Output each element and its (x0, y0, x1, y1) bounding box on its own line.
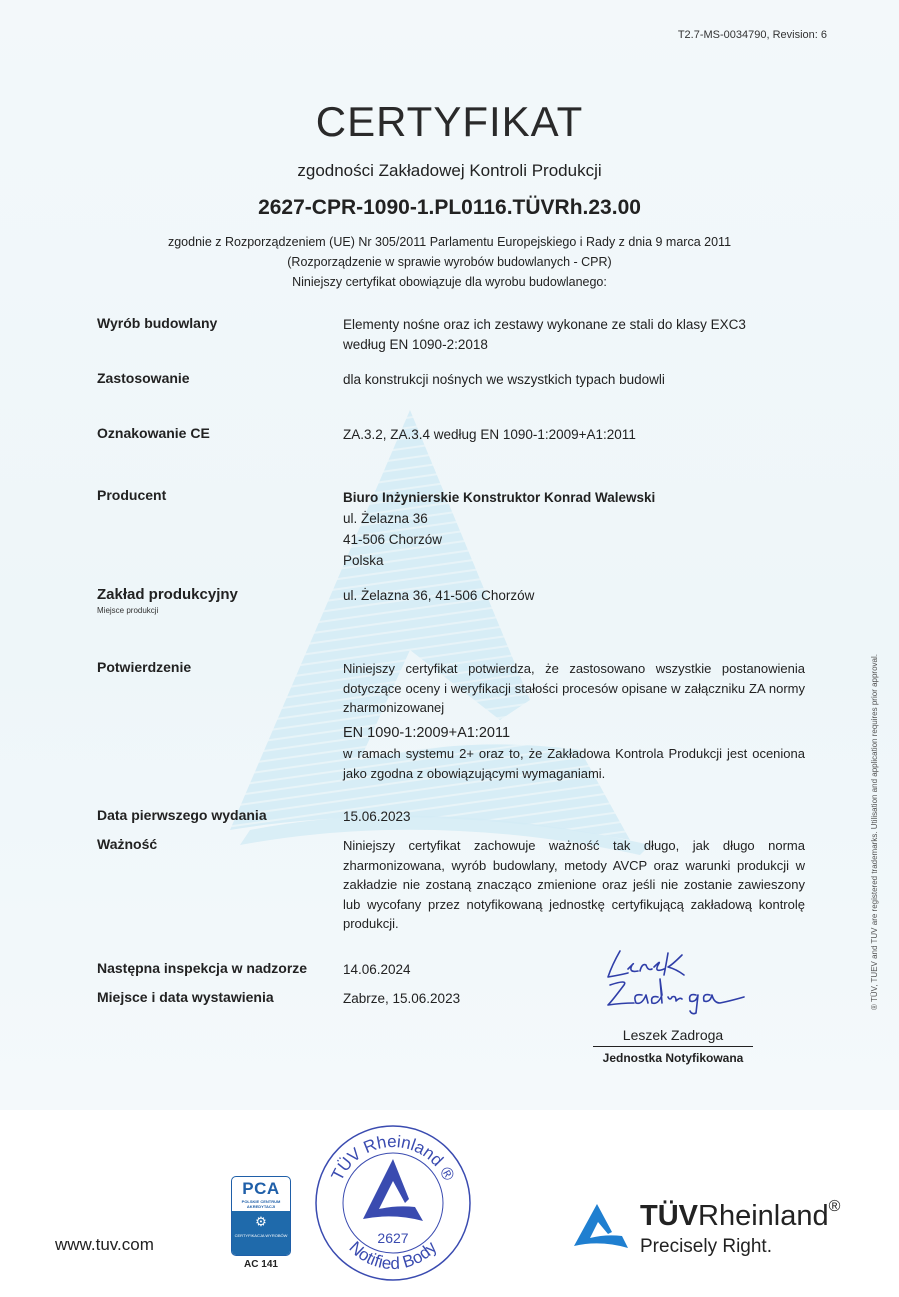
manufacturer-name: Biuro Inżynierskie Konstruktor Konrad Wa… (343, 487, 805, 508)
legal-line: (Rozporządzenie w sprawie wyrobów budowl… (0, 252, 899, 272)
field-value: dla konstrukcji nośnych we wszystkich ty… (343, 370, 805, 390)
certificate-title: CERTYFIKAT (0, 98, 899, 146)
notified-body-seal-icon: TÜV Rheinland ® Notified Body 2627 (313, 1123, 473, 1283)
field-label: Oznakowanie CE (97, 425, 210, 441)
brand-bold: TÜV (640, 1200, 698, 1232)
website-link[interactable]: www.tuv.com (55, 1235, 154, 1255)
pca-scope: CERTYFIKACJA WYROBÓW (232, 1233, 290, 1238)
field-value: ul. Żelazna 36, 41-506 Chorzów (343, 586, 805, 606)
tuv-triangle-watermark-icon (110, 400, 670, 860)
field-value: Elementy nośne oraz ich zestawy wykonane… (343, 315, 805, 355)
document-reference: T2.7-MS-0034790, Revision: 6 (678, 29, 827, 41)
trademark-note: ® TÜV, TUEV and TUV are registered trade… (870, 610, 879, 1010)
field-label: Zastosowanie (97, 370, 190, 386)
tuv-triangle-icon (572, 1202, 630, 1250)
tuv-brand-name: TÜVRheinland® (640, 1200, 840, 1233)
brand-regular: Rheinland (698, 1200, 829, 1232)
field-label: Następna inspekcja w nadzorze (97, 960, 307, 976)
field-label: Ważność (97, 836, 157, 852)
signer-name: Leszek Zadroga (593, 1027, 753, 1047)
gears-icon: ⚙ (232, 1211, 290, 1233)
tuv-rheinland-logo: TÜVRheinland® Precisely Right. (572, 1194, 872, 1264)
legal-line: Niniejszy certyfikat obowiązuje dla wyro… (0, 272, 899, 292)
legal-basis: zgodnie z Rozporządzeniem (UE) Nr 305/20… (0, 232, 899, 292)
pca-accreditation-code: AC 141 (231, 1259, 291, 1270)
field-label: Producent (97, 487, 166, 503)
confirmation-text: w ramach systemu 2+ oraz to, że Zakładow… (343, 744, 805, 783)
pca-subtitle: POLSKIE CENTRUM AKREDYTACJI (232, 1199, 290, 1209)
field-label: Miejsce i data wystawienia (97, 989, 274, 1005)
value-line: ul. Żelazna 36 (343, 508, 805, 529)
value-line: Polska (343, 550, 805, 571)
value-line: Elementy nośne oraz ich zestawy wykonane… (343, 315, 805, 335)
registered-mark: ® (829, 1198, 841, 1215)
field-label: Data pierwszego wydania (97, 807, 267, 823)
field-sublabel: Miejsce produkcji (97, 606, 158, 615)
value-line: dla konstrukcji nośnych we wszystkich ty… (343, 370, 805, 390)
value-line: według EN 1090-2:2018 (343, 335, 805, 355)
value-line: ul. Żelazna 36, 41-506 Chorzów (343, 586, 805, 606)
certificate-number: 2627-CPR-1090-1.PL0116.TÜVRh.23.00 (0, 196, 899, 220)
harmonized-standard: EN 1090-1:2009+A1:2011 (343, 724, 805, 744)
field-value: Biuro Inżynierskie Konstruktor Konrad Wa… (343, 487, 805, 571)
value-line: 41-506 Chorzów (343, 529, 805, 550)
confirmation-text: Niniejszy certyfikat potwierdza, że zast… (343, 659, 805, 718)
tuv-tagline: Precisely Right. (640, 1236, 772, 1258)
handwritten-signature (598, 945, 748, 1015)
field-label: Potwierdzenie (97, 659, 191, 675)
field-value: ZA.3.2, ZA.3.4 według EN 1090-1:2009+A1:… (343, 425, 805, 445)
field-value: 15.06.2023 (343, 807, 805, 827)
certificate-subtitle: zgodności Zakładowej Kontroli Produkcji (0, 161, 899, 181)
value-line: ZA.3.2, ZA.3.4 według EN 1090-1:2009+A1:… (343, 425, 805, 445)
pca-logo: PCA (232, 1177, 290, 1199)
field-label: Zakład produkcyjny (97, 586, 238, 603)
pca-accreditation-badge: PCA POLSKIE CENTRUM AKREDYTACJI ⚙ CERTYF… (231, 1176, 291, 1256)
field-value: Niniejszy certyfikat potwierdza, że zast… (343, 659, 805, 783)
field-value: Niniejszy certyfikat zachowuje ważność t… (343, 836, 805, 934)
svg-text:2627: 2627 (377, 1230, 408, 1246)
legal-line: zgodnie z Rozporządzeniem (UE) Nr 305/20… (0, 232, 899, 252)
field-label: Wyrób budowlany (97, 315, 217, 331)
signer-role: Jednostka Notyfikowana (583, 1051, 763, 1065)
